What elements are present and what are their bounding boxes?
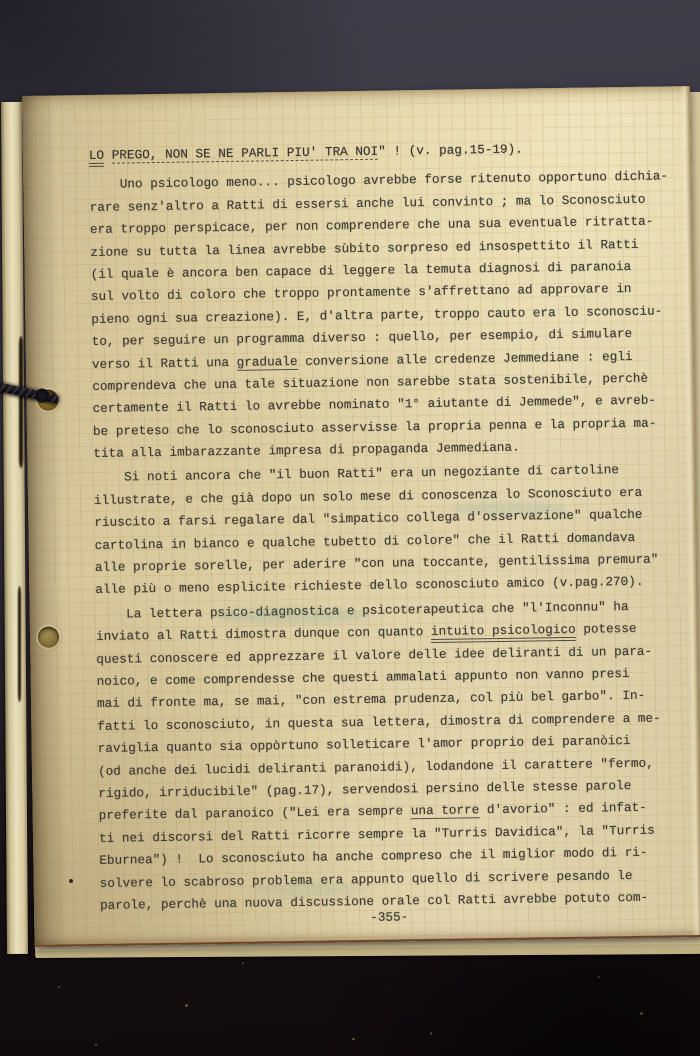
text-segment: raviglia quanto sia oppòrtuno solleticar… [98, 733, 631, 756]
ink-stain [452, 502, 567, 515]
text-segment: noico, e come comprendesse che questi am… [97, 666, 630, 689]
text-segment: cartolina in bianco e qualche tubetto di… [95, 530, 636, 553]
photo-background: LO PREGO, NON SE NE PARLI PIU' TRA NOI" … [0, 0, 700, 1056]
dust-speck [598, 976, 600, 978]
dust-speck [640, 1012, 643, 1015]
text-segment: (il quale è ancora ben capace di leggere… [91, 259, 632, 282]
text-segment: to, per seguire un programma diverso : q… [92, 326, 633, 349]
dust-speck [242, 962, 244, 964]
dust-speck [430, 1032, 432, 1035]
text-segment: potesse [576, 621, 637, 637]
text-segment: certamente il Ratti lo avrebbe nominato … [93, 393, 657, 416]
text-segment: era troppo perspicace, per non comprende… [90, 214, 654, 237]
dust-speck [95, 1044, 97, 1046]
text-segment: be preteso che lo sconosciuto asservisse… [93, 415, 657, 438]
text-segment: tita alla imbarazzante impresa di propag… [93, 440, 520, 461]
text-segment: conversione alle credenze Jemmediane : e… [297, 348, 632, 368]
text-segment: intuito psicologico [431, 622, 576, 643]
ink-stain [250, 884, 370, 896]
text-segment: sul volto di coloro che troppo prontamen… [91, 281, 632, 304]
dust-speck [185, 1004, 188, 1007]
text-segment: Si noti ancora che "il buon Ratti" era u… [94, 463, 620, 486]
dust-speck [352, 1038, 355, 1040]
text-segment: LO [89, 148, 105, 167]
text-segment: preferite dal paranoico ("Lei era sempre [99, 804, 411, 824]
binding-crease-mark [18, 586, 21, 702]
notebook-page: LO PREGO, NON SE NE PARLI PIU' TRA NOI" … [22, 86, 700, 947]
binding-crease-mark [19, 336, 23, 468]
text-segment: rigido, irriducibile" (pag.17), servendo… [98, 778, 631, 801]
text-segment: d'avorio" : ed infat- [479, 800, 647, 817]
text-segment: inviato al Ratti dimostra dunque con qua… [96, 624, 431, 644]
text-segment: " ! (v. pag.15-19). [378, 142, 523, 159]
text-segment: Eburnea") ! Lo sconosciuto ha anche comp… [99, 845, 647, 868]
text-segment [104, 148, 112, 163]
text-segment: mai di fronte ma, se mai, "con estrema p… [97, 688, 645, 711]
typed-text-block: LO PREGO, NON SE NE PARLI PIU' TRA NOI" … [89, 136, 678, 917]
text-segment: alle più o meno esplicite richieste dell… [95, 574, 643, 597]
dust-speck [58, 986, 60, 988]
text-segment: verso il Ratti una [92, 354, 237, 371]
ink-stain [212, 608, 372, 624]
text-segment: una torre [411, 803, 480, 820]
text-segment: PREGO, NON SE NE PARLI PIU' TRA NOI [112, 144, 379, 164]
ink-dot [69, 879, 73, 883]
text-segment: graduale [237, 353, 298, 370]
